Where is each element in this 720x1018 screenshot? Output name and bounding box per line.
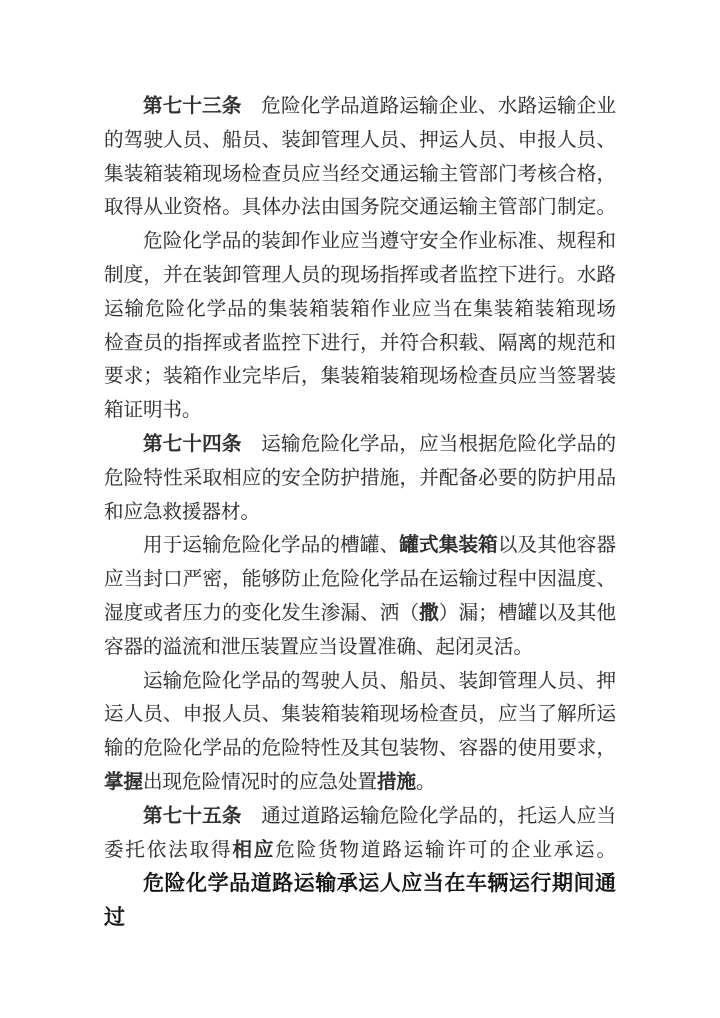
text-run: 用于运输危险化学品的槽罐、 — [143, 535, 399, 556]
text-run: 容器的溢流和泄压装置应当设置准确、起闭灵活。 — [104, 637, 533, 658]
article-73-loading-rules-line-5: 要求；装箱作业完毕后，集装箱装箱现场检查员应当签署装 — [104, 360, 616, 394]
text-run: 危险货物道路运输许可的企业承运。 — [275, 840, 616, 861]
emphasized-text-run: 第七十五条 — [143, 806, 242, 827]
emphasized-text-run: 第七十三条 — [143, 96, 242, 117]
document-body: 第七十三条 危险化学品道路运输企业、水路运输企业的驾驶人员、船员、装卸管理人员、… — [104, 90, 616, 901]
article-74-containers-line-1: 用于运输危险化学品的槽罐、罐式集装箱以及其他容器 — [104, 529, 616, 563]
article-73-loading-rules-line-3: 运输危险化学品的集装箱装箱作业应当在集装箱装箱现场 — [104, 293, 616, 327]
text-run: 检查员的指挥或者监控下进行，并符合积载、隔离的规范和 — [104, 333, 616, 354]
text-run: 运输危险化学品的驾驶人员、船员、装卸管理人员、押 — [143, 671, 616, 692]
text-run: 取得从业资格。具体办法由国务院交通运输主管部门制定。 — [104, 197, 616, 218]
text-run: 和应急救援器材。 — [104, 502, 260, 523]
emphasized-text-run: 措施 — [377, 772, 416, 793]
article-75-carrier-line-1: 危险化学品道路运输承运人应当在车辆运行期间通过 — [104, 867, 616, 901]
emphasized-text-run: 第七十四条 — [143, 434, 242, 455]
text-run: 应当封口严密，能够防止危险化学品在运输过程中因温度、 — [104, 569, 616, 590]
article-75-line-1: 第七十五条 通过道路运输危险化学品的，托运人应当 — [104, 800, 616, 834]
article-74-line-2: 危险特性采取相应的安全防护措施，并配备必要的防护用品 — [104, 462, 616, 496]
emphasized-text-run: 危险化学品道路运输承运人应当在车辆运行期间通过 — [104, 872, 616, 929]
article-73-loading-rules-line-2: 制度，并在装卸管理人员的现场指挥或者监控下进行。水路 — [104, 259, 616, 293]
article-74-line-3: 和应急救援器材。 — [104, 496, 616, 530]
article-75-line-2: 委托依法取得相应危险货物道路运输许可的企业承运。 — [104, 834, 616, 868]
article-73-loading-rules-line-1: 危险化学品的装卸作业应当遵守安全作业标准、规程和 — [104, 225, 616, 259]
article-73-loading-rules-line-4: 检查员的指挥或者监控下进行，并符合积载、隔离的规范和 — [104, 327, 616, 361]
article-73-line-1: 第七十三条 危险化学品道路运输企业、水路运输企业 — [104, 90, 616, 124]
text-run: 湿度或者压力的变化发生渗漏、洒（ — [104, 603, 419, 624]
text-run: 的驾驶人员、船员、装卸管理人员、押运人员、申报人员、 — [104, 130, 616, 151]
article-73-line-4: 取得从业资格。具体办法由国务院交通运输主管部门制定。 — [104, 191, 616, 225]
text-run: 制度，并在装卸管理人员的现场指挥或者监控下进行。水路 — [104, 265, 616, 286]
article-73-line-2: 的驾驶人员、船员、装卸管理人员、押运人员、申报人员、 — [104, 124, 616, 158]
text-run: 委托依法取得 — [104, 840, 232, 861]
text-run: 出现危险情况时的应急处置 — [143, 772, 377, 793]
article-73-line-3: 集装箱装箱现场检查员应当经交通运输主管部门考核合格， — [104, 158, 616, 192]
text-run: 箱证明书。 — [104, 400, 202, 421]
text-run: 运输危险化学品的集装箱装箱作业应当在集装箱装箱现场 — [104, 299, 616, 320]
emphasized-text-run: 掌握 — [104, 772, 143, 793]
document-page: 第七十三条 危险化学品道路运输企业、水路运输企业的驾驶人员、船员、装卸管理人员、… — [0, 0, 720, 1018]
article-74-personnel-line-1: 运输危险化学品的驾驶人员、船员、装卸管理人员、押 — [104, 665, 616, 699]
text-run: 运输危险化学品，应当根据危险化学品的 — [242, 434, 616, 455]
text-run: 。 — [416, 772, 436, 793]
article-73-loading-rules-line-6: 箱证明书。 — [104, 394, 616, 428]
article-74-containers-line-2: 应当封口严密，能够防止危险化学品在运输过程中因温度、 — [104, 563, 616, 597]
text-run: 危险化学品道路运输企业、水路运输企业 — [242, 96, 616, 117]
text-run: 输的危险化学品的危险特性及其包装物、容器的使用要求， — [104, 738, 616, 759]
article-74-personnel-line-3: 输的危险化学品的危险特性及其包装物、容器的使用要求， — [104, 732, 616, 766]
text-run: 要求；装箱作业完毕后，集装箱装箱现场检查员应当签署装 — [104, 366, 616, 387]
text-run: ）漏；槽罐以及其他 — [439, 603, 616, 624]
emphasized-text-run: 相应 — [232, 840, 275, 861]
article-74-personnel-line-4: 掌握出现危险情况时的应急处置措施。 — [104, 766, 616, 800]
text-run: 集装箱装箱现场检查员应当经交通运输主管部门考核合格， — [104, 164, 616, 185]
article-74-personnel-line-2: 运人员、申报人员、集装箱装箱现场检查员，应当了解所运 — [104, 698, 616, 732]
text-run: 危险特性采取相应的安全防护措施，并配备必要的防护用品 — [104, 468, 616, 489]
emphasized-text-run: 撒 — [419, 603, 439, 624]
emphasized-text-run: 罐式集装箱 — [399, 535, 498, 556]
text-run: 通过道路运输危险化学品的，托运人应当 — [242, 806, 616, 827]
article-74-containers-line-4: 容器的溢流和泄压装置应当设置准确、起闭灵活。 — [104, 631, 616, 665]
article-74-containers-line-3: 湿度或者压力的变化发生渗漏、洒（撒）漏；槽罐以及其他 — [104, 597, 616, 631]
text-run: 运人员、申报人员、集装箱装箱现场检查员，应当了解所运 — [104, 704, 616, 725]
article-74-line-1: 第七十四条 运输危险化学品，应当根据危险化学品的 — [104, 428, 616, 462]
text-run: 以及其他容器 — [498, 535, 616, 556]
text-run: 危险化学品的装卸作业应当遵守安全作业标准、规程和 — [143, 231, 616, 252]
